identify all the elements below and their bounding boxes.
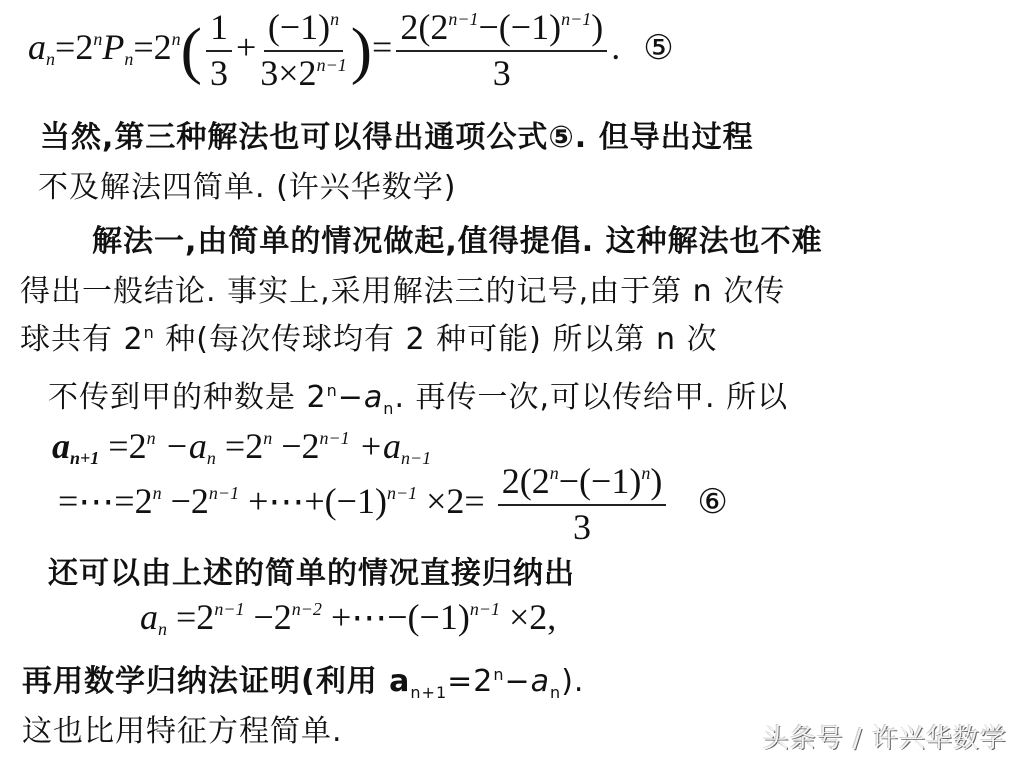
equation-label-6: ⑥ <box>697 482 727 522</box>
frac-num: 2(2n−(−1)n) <box>498 462 667 506</box>
math-sup: n <box>153 483 162 503</box>
math-sup: n−1 <box>470 599 500 619</box>
math-sup: n <box>327 381 338 400</box>
t: +a <box>359 426 401 466</box>
text: ). <box>561 664 584 699</box>
t: 2(2 <box>400 7 448 47</box>
math-sup: n−1 <box>561 9 591 29</box>
math-sup: n−1 <box>320 428 350 448</box>
period: . <box>611 27 620 67</box>
t: +⋯+(−1) <box>248 481 387 521</box>
text: −a <box>505 664 551 699</box>
math-sup: n <box>493 665 504 684</box>
frac-num: 2(2n−1−(−1)n−1) <box>396 8 607 52</box>
left-paren: ( <box>181 15 202 86</box>
math-sup: n <box>172 29 181 49</box>
t: −2 <box>281 426 319 466</box>
text: 球共有 2 <box>20 322 144 357</box>
math-sup: n <box>641 463 650 483</box>
frac-num: 1 <box>206 8 232 52</box>
t: =2 <box>225 426 263 466</box>
text: . 再传一次,可以传给甲. 所以 <box>394 380 788 415</box>
math-sub: n <box>124 49 133 69</box>
math-num: 2 <box>75 27 93 67</box>
equation-label-5: ⑤ <box>643 28 673 68</box>
t: ×2= <box>426 481 485 521</box>
paragraph-4-line-2: 这也比用特征方程简单. <box>22 706 343 750</box>
sum-equation: an =2n−1 −2n−2 +⋯−(−1)n−1 ×2, <box>140 596 556 640</box>
t: =⋯=2 <box>58 481 153 521</box>
frac-den: 3 <box>493 52 511 94</box>
frac-den: 3×2n−1 <box>260 52 346 94</box>
math-sub: n <box>46 49 55 69</box>
t: +⋯−(−1) <box>331 597 470 637</box>
text: 再用数学归纳法证明(利用 a <box>22 664 410 699</box>
math-op: = <box>55 27 75 67</box>
math-sup: n <box>144 323 155 342</box>
t: =2 <box>108 426 146 466</box>
paragraph-3-line-1: 还可以由上述的简单的情况直接归纳出 <box>48 548 575 592</box>
paragraph-2-line-1: 解法一,由简单的情况做起,值得提倡. 这种解法也不难 <box>92 216 823 260</box>
text: 种(每次传球均有 2 种可能) 所以第 n 次 <box>155 322 718 357</box>
math-sup: n−1 <box>209 483 239 503</box>
math-op: = <box>372 27 392 67</box>
frac-num: (−1)n <box>264 8 343 52</box>
t: −2 <box>171 481 209 521</box>
math-sup: n−1 <box>387 483 417 503</box>
math-text: −a <box>338 380 384 415</box>
fraction-result: 2(2n−1−(−1)n−1)3 <box>396 8 607 93</box>
math-num: 2 <box>154 27 172 67</box>
right-paren: ) <box>351 15 372 86</box>
frac-num-text: (−1) <box>268 7 330 47</box>
fraction-result-6: 2(2n−(−1)n)3 <box>498 462 667 547</box>
math-sup: n <box>550 463 559 483</box>
math-var: a <box>28 27 46 67</box>
math-sub: n+1 <box>410 683 447 702</box>
paragraph-2-line-3: 球共有 2n 种(每次传球均有 2 种可能) 所以第 n 次 <box>20 314 718 358</box>
fraction-sign-term: (−1)n3×2n−1 <box>260 8 346 93</box>
t: ) <box>591 7 603 47</box>
text: =2 <box>447 664 493 699</box>
math-sup: n−2 <box>292 599 322 619</box>
math-sup: n−1 <box>448 9 478 29</box>
math-sup: n <box>330 9 339 29</box>
math-sub: n <box>550 683 561 702</box>
frac-den-text: 3×2 <box>260 53 316 93</box>
frac-den: 3 <box>210 52 228 94</box>
frac-den: 3 <box>573 506 591 548</box>
t: −(−1) <box>479 7 562 47</box>
equation-5: an=2nPn=2n(13+(−1)n3×2n−1)=2(2n−1−(−1)n−… <box>28 8 674 93</box>
paragraph-1-line-1: 当然,第三种解法也可以得出通项公式⑤. 但导出过程 <box>40 112 754 156</box>
text: 不传到甲的种数是 2 <box>48 380 327 415</box>
paragraph-2-line-2: 得出一般结论. 事实上,采用解法三的记号,由于第 n 次传 <box>20 266 785 310</box>
math-var: P <box>102 27 124 67</box>
math-sup: n−1 <box>214 599 244 619</box>
t: =2 <box>176 597 214 637</box>
math-var: a <box>52 426 70 466</box>
t: −a <box>165 426 207 466</box>
watermark: 头条号 / 许兴华数学 <box>763 718 1007 755</box>
math-sup: n−1 <box>317 55 347 75</box>
math-sub: n <box>383 399 394 418</box>
math-sub: n <box>158 619 167 639</box>
math-op: = <box>133 27 153 67</box>
paragraph-1-line-2: 不及解法四简单. (许兴华数学) <box>38 162 456 206</box>
paragraph-2-line-4: 不传到甲的种数是 2n−an. 再传一次,可以传给甲. 所以 <box>48 372 788 418</box>
math-sup: n <box>263 428 272 448</box>
paragraph-4-line-1: 再用数学归纳法证明(利用 an+1=2n−an). <box>22 656 584 702</box>
t: ×2, <box>509 597 556 637</box>
t: −(−1) <box>559 461 642 501</box>
fraction-one-third: 13 <box>206 8 232 93</box>
math-sup: n <box>93 29 102 49</box>
equation-6: =⋯=2n −2n−1 +⋯+(−1)n−1 ×2= 2(2n−(−1)n)3 … <box>58 462 728 547</box>
t: −2 <box>253 597 291 637</box>
math-op: + <box>236 27 256 67</box>
t: ) <box>650 461 662 501</box>
math-var: a <box>140 597 158 637</box>
t: 2(2 <box>502 461 550 501</box>
math-sup: n <box>147 428 156 448</box>
